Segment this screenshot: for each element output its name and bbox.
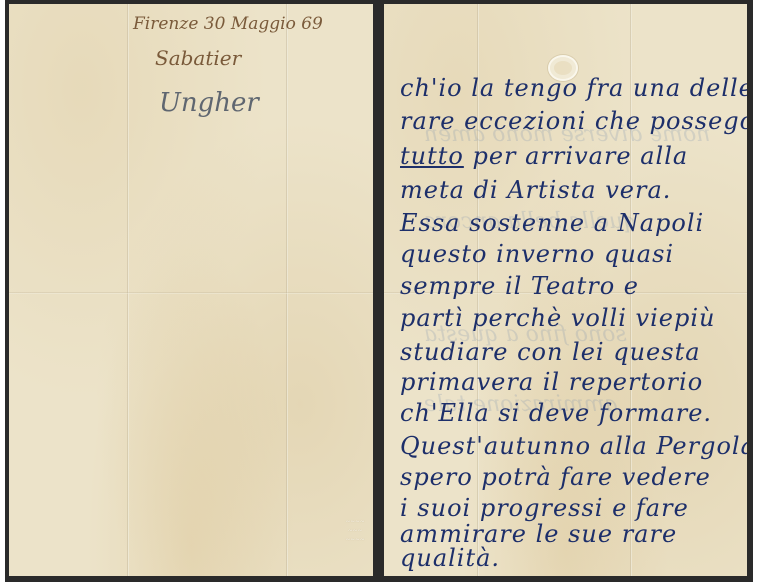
letter-line: i suoi progressi e fare xyxy=(400,494,689,522)
fold-line xyxy=(127,4,129,576)
right-page: nome diverse mono amen quella bella anco… xyxy=(384,4,747,576)
letter-line: sempre il Teatro e xyxy=(400,272,639,300)
letter-line: meta di Artista vera. xyxy=(400,176,671,204)
annotation-name: Sabatier xyxy=(155,46,241,70)
emboss-stamp-line: ~~~ xyxy=(346,527,365,536)
annotation-date: Firenze 30 Maggio 69 xyxy=(133,14,323,34)
underlined-word: tutto xyxy=(400,142,464,170)
letter-line: ch'io la tengo fra una delle xyxy=(400,74,747,102)
letter-line: questo inverno quasi xyxy=(400,240,674,268)
letter-line: partì perchè volli viepiù xyxy=(400,304,715,332)
letter-scan: Firenze 30 Maggio 69 Sabatier Ungher ~~~… xyxy=(0,0,758,585)
letter-line: primavera il repertorio xyxy=(400,368,703,396)
letter-line-rest: per arrivare alla xyxy=(464,142,688,170)
emboss-stamp: ~~~~ ~~~ ~~~~ xyxy=(346,518,365,545)
letter-line: spero potrà fare vedere xyxy=(400,463,711,491)
letter-line: tutto per arrivare alla xyxy=(400,142,688,170)
letter-line: qualità. xyxy=(400,544,500,572)
fold-line xyxy=(286,4,288,576)
annotation-subject: Ungher xyxy=(159,88,259,118)
letter-line: studiare con lei questa xyxy=(400,338,701,366)
letter-line: Quest'autunno alla Pergola xyxy=(400,432,747,460)
emboss-stamp-line: ~~~~ xyxy=(346,536,365,545)
fold-line xyxy=(9,292,373,294)
left-page: Firenze 30 Maggio 69 Sabatier Ungher ~~~… xyxy=(9,4,373,576)
letter-line: ch'Ella si deve formare. xyxy=(400,399,712,427)
emboss-stamp-line: ~~~~ xyxy=(346,518,365,527)
letter-line: rare eccezioni che possegono xyxy=(400,107,747,135)
letter-line: Essa sostenne a Napoli xyxy=(400,209,704,237)
